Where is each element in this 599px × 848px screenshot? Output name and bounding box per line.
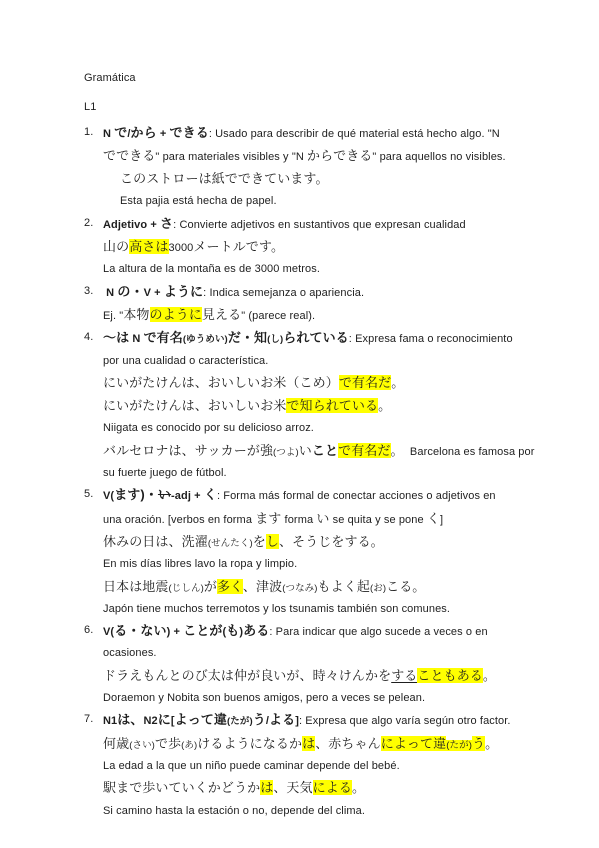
list-number: 2. (84, 213, 93, 234)
text-run: 、そうじをする。 (279, 534, 384, 549)
text-run: : Forma más formal de conectar acciones … (217, 490, 496, 502)
text-run: : Para indicar que algo sucede a veces o… (269, 626, 487, 638)
item-5-pattern-line-1: 5.V(ます)・い-adj + く: Forma más formal de c… (84, 484, 569, 507)
text-run: で (114, 125, 127, 140)
highlighted-text: (たが) (446, 740, 472, 751)
text-run: 。 (352, 780, 365, 795)
text-run: ます (114, 487, 140, 502)
list-number: 3. (84, 281, 93, 302)
item-2-example-jp: 山の高さは3000メートルです。 (84, 236, 569, 259)
text-run: 。 (391, 443, 404, 458)
item-1-example-jp: このストローは紙でできています。 (84, 168, 569, 191)
document-body: GramáticaL11.N で/から + できる: Usado para de… (0, 0, 599, 822)
text-run: V( (103, 626, 114, 638)
item-4-pattern-line-1: 4.〜は N で有名(ゆうめい)だ・知(し)られている: Expresa fam… (84, 327, 569, 350)
text-run: このストローは紙でできています。 (120, 171, 329, 186)
item-3-pattern-line-1: 3. N の・V + ように: Indica semejanza o apari… (84, 281, 569, 304)
list-number: 6. (84, 620, 93, 641)
text-run: 何歳 (103, 736, 129, 751)
text-run: る・ない (114, 623, 166, 638)
text-run: ことが (183, 623, 222, 638)
item-5-example-jp-1: 休みの日は、洗濯(せんたく)をし、そうじをする。 (84, 531, 569, 554)
text-run: ocasiones. (103, 647, 157, 659)
furigana-reading: (お) (370, 583, 386, 594)
item-4-example-jp-3: バルセロナは、サッカーが強(つよ)いことで有名だ。 Barcelona es f… (84, 440, 569, 463)
item-5-translation-2: Japón tiene muchos terremotos y los tsun… (84, 599, 569, 620)
list-number: 1. (84, 122, 93, 143)
item-5-example-jp-2: 日本は地震(じしん)が多く、津波(つなみ)もよく起(お)こる。 (84, 576, 569, 599)
text-run: " para aquellos no visibles. (372, 151, 505, 163)
item-7-translation-2: Si camino hasta la estación o no, depend… (84, 801, 569, 822)
text-run: 。 (378, 398, 391, 413)
text-run: い (299, 443, 312, 458)
text-run: )・ (140, 487, 158, 502)
text-run: ように (164, 284, 203, 299)
text-run: からできる (307, 148, 372, 163)
highlighted-text: こともある (417, 668, 483, 683)
highlighted-text: 多く (217, 579, 243, 594)
text-run: Barcelona es famosa por (404, 446, 535, 458)
text-run: で有名 (144, 330, 183, 345)
text-run: の・ (117, 284, 143, 299)
item-1-translation: Esta pajia está hecha de papel. (84, 191, 569, 212)
text-run: N (129, 333, 143, 345)
text-run: una oración. [verbos en forma (103, 514, 255, 526)
text-run: できる (170, 125, 209, 140)
text-run: よって違 (175, 712, 227, 727)
item-2-translation: La altura de la montaña es de 3000 metro… (84, 259, 569, 280)
text-run: ます (255, 511, 281, 526)
text-run: 、赤ちゃん (315, 736, 381, 751)
item-7-translation-1: La edad a la que un niño puede caminar d… (84, 756, 569, 777)
text-run: " para materiales visibles y "N (155, 151, 307, 163)
furigana-reading: (つなみ) (282, 583, 317, 594)
text-run: Si camino hasta la estación o no, depend… (103, 805, 365, 817)
item-7-example-jp-1: 何歳(さい)で歩(あ)けるようになるかは、赤ちゃんによって違(たが)う。 (84, 733, 569, 756)
text-run: 。 (483, 668, 496, 683)
highlighted-text: で有名だ (338, 443, 390, 458)
text-run: V( (103, 490, 114, 502)
text-run: su fuerte juego de fútbol. (103, 467, 227, 479)
text-run: もよく起 (318, 579, 370, 594)
text-run: メートルです。 (193, 239, 284, 254)
text-run: Niigata es conocido por su delicioso arr… (103, 422, 314, 434)
furigana-reading: (たが) (227, 716, 253, 727)
text-run: La edad a la que un niño puede caminar d… (103, 760, 400, 772)
highlighted-text: し (266, 534, 279, 549)
text-run: 3000 (169, 242, 194, 254)
furigana-reading: (せんたく) (208, 538, 253, 549)
doc-title: Gramática (84, 68, 569, 89)
text-run: だ・知 (228, 330, 267, 345)
text-run: こる。 (386, 579, 425, 594)
item-1-pattern-line-1: 1.N で/から + できる: Usado para describir de … (84, 122, 569, 145)
text-run: でできる (103, 148, 155, 163)
furigana-reading: (さい) (129, 740, 155, 751)
text-run: 〜は (103, 330, 129, 345)
text-run: V + (144, 287, 164, 299)
text-run: 、天気 (273, 780, 312, 795)
furigana-reading: (ゆうめい) (183, 334, 228, 345)
text-run: forma (281, 514, 316, 526)
text-run: : Indica semejanza o apariencia. (203, 287, 364, 299)
item-4-translation-2: su fuerte juego de fútbol. (84, 463, 569, 484)
furigana-reading: (し) (267, 334, 283, 345)
text-run: -adj + (171, 490, 204, 502)
text-run: N (103, 287, 117, 299)
item-6-pattern-line-2: ocasiones. (84, 643, 569, 664)
text-run: 休みの日は、洗濯 (103, 534, 208, 549)
item-6-translation: Doraemon y Nobita son buenos amigos, per… (84, 688, 569, 709)
list-number: 4. (84, 327, 93, 348)
item-7-pattern-line-1: 7.N1は、N2に[よって違(たが)う/よる]: Expresa que alg… (84, 709, 569, 732)
highlighted-text: は (260, 780, 273, 795)
text-run: La altura de la montaña es de 3000 metro… (103, 263, 320, 275)
text-run: 駅まで歩いていくかどうか (103, 780, 260, 795)
text-run: にいがたけんは、おいしいお米 (103, 398, 286, 413)
item-6-example-jp: ドラえもんとのび太は仲が良いが、時々けんかをすることもある。 (84, 665, 569, 688)
text-run: Adjetivo + (103, 219, 160, 231)
text-run: N2 (143, 715, 157, 727)
text-run: バルセロナは、サッカーが強 (103, 443, 273, 458)
item-2-pattern-line-1: 2.Adjetivo + さ: Convierte adjetivos en s… (84, 213, 569, 236)
text-run: よる (269, 712, 295, 727)
text-run: Japón tiene muchos terremotos y los tsun… (103, 603, 450, 615)
text-run: に (158, 712, 171, 727)
item-3-example: Ej. "本物のように見える" (parece real). (84, 304, 569, 327)
furigana-reading: (じしん) (169, 583, 204, 594)
text-run: にいがたけんは、おいしいお米（こめ） (103, 375, 339, 390)
text-run: ある (243, 623, 269, 638)
lesson-label: L1 (84, 97, 569, 118)
text-run: で歩 (155, 736, 181, 751)
text-run: から (130, 125, 156, 140)
furigana-reading: (つよ) (273, 447, 299, 458)
highlighted-text: 高さは (129, 239, 168, 254)
item-4-example-jp-1: にいがたけんは、おいしいお米（こめ）で有名だ。 (84, 372, 569, 395)
text-run: " (parece real). (241, 310, 315, 322)
item-4-pattern-line-2: por una cualidad o característica. (84, 351, 569, 372)
text-run: Ej. " (103, 310, 123, 322)
text-run: N (103, 128, 114, 140)
text-run: L1 (84, 101, 96, 113)
text-run: 見える (202, 307, 241, 322)
highlighted-text: で知られている (286, 398, 378, 413)
text-run: も (226, 623, 239, 638)
highlighted-text: う (472, 736, 485, 751)
text-run: い (316, 511, 329, 526)
list-number: 7. (84, 709, 93, 730)
text-run: する (391, 668, 417, 683)
item-7-example-jp-2: 駅まで歩いていくかどうかは、天気による。 (84, 777, 569, 800)
text-run: Esta pajia está hecha de papel. (120, 195, 277, 207)
text-run: por una cualidad o característica. (103, 355, 268, 367)
text-run: られている (283, 330, 349, 345)
text-run: 。 (391, 375, 404, 390)
list-number: 5. (84, 484, 93, 505)
text-run: 、津波 (243, 579, 282, 594)
text-run: se quita y se pone (329, 514, 426, 526)
text-run: が (204, 579, 217, 594)
text-run: : Usado para describir de qué material e… (209, 128, 500, 140)
item-5-translation-1: En mis días libres lavo la ropa y limpio… (84, 554, 569, 575)
document-page: GramáticaL11.N で/から + できる: Usado para de… (0, 0, 599, 848)
text-run: を (253, 534, 266, 549)
highlighted-text: による (313, 780, 352, 795)
text-run: 本物 (123, 307, 149, 322)
highlighted-text: で有名だ (339, 375, 391, 390)
text-run: く (427, 511, 440, 526)
text-run: N1 (103, 715, 117, 727)
highlighted-text: は (302, 736, 315, 751)
item-4-translation-1: Niigata es conocido por su delicioso arr… (84, 418, 569, 439)
text-run: En mis días libres lavo la ropa y limpio… (103, 558, 297, 570)
text-run: さ (160, 216, 173, 231)
text-run: けるようになるか (197, 736, 302, 751)
text-run: こと (312, 443, 338, 458)
highlighted-text: によって違 (381, 736, 447, 751)
text-run: : Expresa fama o reconocimiento (349, 333, 513, 345)
text-run: 日本は地震 (103, 579, 169, 594)
text-run: う (253, 712, 266, 727)
item-5-pattern-line-2: una oración. [verbos en forma ます forma い… (84, 508, 569, 531)
text-run: 。 (485, 736, 498, 751)
text-run: : Convierte adjetivos en sustantivos que… (173, 219, 466, 231)
text-run: ドラえもんとのび太は仲が良いが、時々けんかを (103, 668, 391, 683)
text-run: ] (440, 514, 443, 526)
text-run: い (158, 487, 171, 502)
item-4-example-jp-2: にいがたけんは、おいしいお米で知られている。 (84, 395, 569, 418)
text-run: は、 (117, 712, 143, 727)
highlighted-text: のように (150, 307, 202, 322)
text-run: + (157, 128, 170, 140)
text-run: Doraemon y Nobita son buenos amigos, per… (103, 692, 425, 704)
text-run: : Expresa que algo varía según otro fact… (299, 715, 511, 727)
text-run: ) + (167, 626, 184, 638)
item-1-pattern-line-2: でできる" para materiales visibles y "N からでき… (84, 145, 569, 168)
text-run: Gramática (84, 72, 136, 84)
item-6-pattern-line-1: 6.V(る・ない) + ことが(も)ある: Para indicar que a… (84, 620, 569, 643)
text-run: 山の (103, 239, 129, 254)
furigana-reading: (あ) (181, 740, 197, 751)
text-run: く (204, 487, 217, 502)
